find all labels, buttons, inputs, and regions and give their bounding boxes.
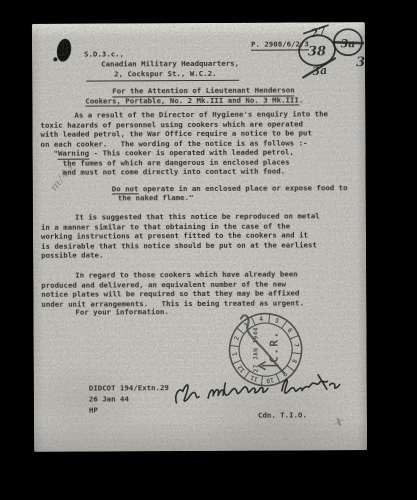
telephone-line: DIDCOT 194/Extn.29: [89, 384, 169, 393]
strike-circle: [334, 42, 363, 43]
document-page: P. 2908/6/2/3 S.D.3.c., Canadian Militar…: [32, 22, 367, 452]
stamp-ring-number: 5: [274, 317, 280, 325]
handwritten-registry-numbers: 27 38 3a 3 3a: [272, 22, 367, 94]
stamp-ring-tick: [280, 321, 288, 328]
stamp-ring-tick: [251, 317, 256, 325]
corner-pencil-mark: x: [334, 414, 345, 430]
stamp-ring-number: 1: [232, 351, 240, 356]
address-line: 2, Cockspur St., W.C.2.: [114, 69, 216, 78]
stamp-ring-tick: [233, 360, 241, 365]
stamp-ring-tick: [230, 342, 238, 350]
subject-trailing-period: .: [299, 95, 304, 104]
stamp-ring-tick: [290, 335, 298, 340]
stamp-ring-tick: [265, 314, 273, 322]
stamp-ring-number: 2: [233, 335, 241, 341]
signature: [169, 359, 367, 420]
organisation-line: Canadian Military Headquarters,: [101, 59, 239, 68]
body-line: Do not operate in an enclosed place or e…: [112, 184, 348, 194]
section-code: S.D.3.c.,: [84, 50, 124, 59]
body-text: - This cooker is operated with leaded pe…: [89, 148, 294, 158]
subject-heading-text: Cookers, Portable, No. 2 Mk.III and No. …: [85, 95, 299, 107]
plain-number: 3: [356, 55, 365, 70]
typist-initials: HP: [89, 407, 98, 416]
body-text: operate in an enclosed place or expose f…: [138, 183, 347, 193]
stamp-office-code: C.R.: [267, 330, 280, 363]
stamp-ring-tick: [292, 350, 300, 358]
body-line: possible date.: [41, 252, 103, 261]
stamp-ring-tick: [237, 327, 244, 335]
body-line: is desirable that this notice should be …: [41, 241, 317, 251]
body-line: and must not come directly into contact …: [63, 168, 286, 178]
scan-background: P. 2908/6/2/3 S.D.3.c., Canadian Militar…: [0, 0, 417, 500]
body-line: For your information.: [75, 308, 168, 317]
subject-heading: Cookers, Portable, No. 2 Mk.III and No. …: [85, 96, 303, 106]
stamp-ring-number: 4: [259, 316, 264, 324]
margin-pencil-note: m/43: [49, 161, 77, 193]
punch-hole-mark: [55, 38, 73, 63]
date-line: 26 Jan 44: [89, 395, 129, 404]
body-line: the naked flame.": [118, 194, 194, 203]
circled-number: 38: [308, 44, 326, 59]
stamp-ring-number: 7: [292, 343, 300, 348]
address-underline: [86, 80, 239, 82]
